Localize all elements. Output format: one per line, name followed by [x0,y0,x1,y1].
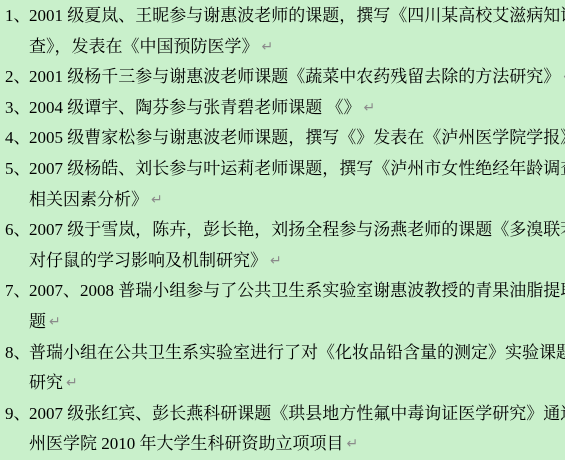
item-number: 5、 [5,154,31,185]
item-text: 研究 [29,373,63,392]
item-text: 查》，发表在《中国预防医学》 [29,37,259,56]
list-item: 6、2007 级于雪岚，陈卉，彭长艳，刘扬全程参与汤燕老师的课题《多溴联苯醚对仔… [5,215,561,276]
item-number: 4、 [5,123,31,154]
item-text: 2005 级曹家松参与谢惠波老师课题，撰写《》发表在《泸州医学院学报》 [29,128,565,147]
item-number: 2、 [5,62,31,93]
list-item: 2、2001 级杨千三参与谢惠波老师课题《蔬菜中农药残留去除的方法研究》↵ [5,62,561,93]
text-line: 对仔鼠的学习影响及机制研究》↵ [29,246,561,277]
text-line: 题↵ [29,307,561,338]
text-line: 研究↵ [29,368,561,399]
paragraph-mark-icon: ↵ [364,100,376,116]
list-item: 1、2001 级夏岚、王昵参与谢惠波老师的课题，撰写《四川某高校艾滋病知识调查》… [5,1,561,62]
text-line: 2、2001 级杨千三参与谢惠波老师课题《蔬菜中农药残留去除的方法研究》↵ [29,62,561,93]
item-text: 2001 级夏岚、王昵参与谢惠波老师的课题，撰写《四川某高校艾滋病知识调 [29,6,565,25]
paragraph-mark-icon: ↵ [66,375,78,391]
paragraph-mark-icon: ↵ [262,39,274,55]
item-number: 7、 [5,276,31,307]
list-item: 4、2005 级曹家松参与谢惠波老师课题，撰写《》发表在《泸州医学院学报》↵ [5,123,561,154]
item-text: 州医学院 2010 年大学生科研资助立项项目 [29,434,344,453]
item-number: 1、 [5,1,31,32]
text-line: 1、2001 级夏岚、王昵参与谢惠波老师的课题，撰写《四川某高校艾滋病知识调 [29,1,561,32]
paragraph-mark-icon: ↵ [49,314,61,330]
text-line: 5、2007 级杨皓、刘长参与叶运莉老师课题，撰写《泸州市女性绝经年龄调查与 [29,154,561,185]
paragraph-mark-icon: ↵ [347,436,359,452]
item-text: 普瑞小组在公共卫生系实验室进行了对《化妆品铅含量的测定》实验课题的 [29,343,565,362]
item-number: 8、 [5,338,31,369]
list-item: 5、2007 级杨皓、刘长参与叶运莉老师课题，撰写《泸州市女性绝经年龄调查与相关… [5,154,561,215]
list-item: 8、普瑞小组在公共卫生系实验室进行了对《化妆品铅含量的测定》实验课题的研究↵ [5,338,561,399]
item-text: 对仔鼠的学习影响及机制研究》 [29,251,267,270]
item-text: 2007 级张红宾、彭长燕科研课题《珙县地方性氟中毒询证医学研究》通过泸 [29,404,565,423]
text-line: 7、2007、2008 普瑞小组参与了公共卫生系实验室谢惠波教授的青果油脂提取课 [29,276,561,307]
item-number: 3、 [5,93,31,124]
item-text: 相关因素分析》 [29,190,148,209]
item-number: 6、 [5,215,31,246]
text-line: 8、普瑞小组在公共卫生系实验室进行了对《化妆品铅含量的测定》实验课题的 [29,338,561,369]
text-line: 相关因素分析》↵ [29,185,561,216]
text-line: 3、2004 级谭宇、陶芬参与张青碧老师课题 《》↵ [29,93,561,124]
paragraph-mark-icon: ↵ [151,192,163,208]
item-text: 2007 级杨皓、刘长参与叶运莉老师课题，撰写《泸州市女性绝经年龄调查与 [29,159,565,178]
item-number: 9、 [5,399,31,430]
list-item: 3、2004 级谭宇、陶芬参与张青碧老师课题 《》↵ [5,93,561,124]
item-text: 2007 级于雪岚，陈卉，彭长艳，刘扬全程参与汤燕老师的课题《多溴联苯醚 [29,220,565,239]
item-text: 2004 级谭宇、陶芬参与张青碧老师课题 《》 [29,98,361,117]
item-text: 2007、2008 普瑞小组参与了公共卫生系实验室谢惠波教授的青果油脂提取课 [29,281,565,300]
text-line: 州医学院 2010 年大学生科研资助立项项目↵ [29,429,561,460]
paragraph-mark-icon: ↵ [270,253,282,269]
text-line: 查》，发表在《中国预防医学》↵ [29,32,561,63]
document-page: { "page": { "background_color": "#c9f0cb… [0,0,565,460]
item-text: 题 [29,312,46,331]
list-item: 7、2007、2008 普瑞小组参与了公共卫生系实验室谢惠波教授的青果油脂提取课… [5,276,561,337]
text-line: 4、2005 级曹家松参与谢惠波老师课题，撰写《》发表在《泸州医学院学报》↵ [29,123,561,154]
text-line: 6、2007 级于雪岚，陈卉，彭长艳，刘扬全程参与汤燕老师的课题《多溴联苯醚 [29,215,561,246]
document-body: 1、2001 级夏岚、王昵参与谢惠波老师的课题，撰写《四川某高校艾滋病知识调查》… [0,0,565,460]
list-item: 9、2007 级张红宾、彭长燕科研课题《珙县地方性氟中毒询证医学研究》通过泸州医… [5,399,561,460]
text-line: 9、2007 级张红宾、彭长燕科研课题《珙县地方性氟中毒询证医学研究》通过泸 [29,399,561,430]
item-text: 2001 级杨千三参与谢惠波老师课题《蔬菜中农药残留去除的方法研究》 [29,67,560,86]
